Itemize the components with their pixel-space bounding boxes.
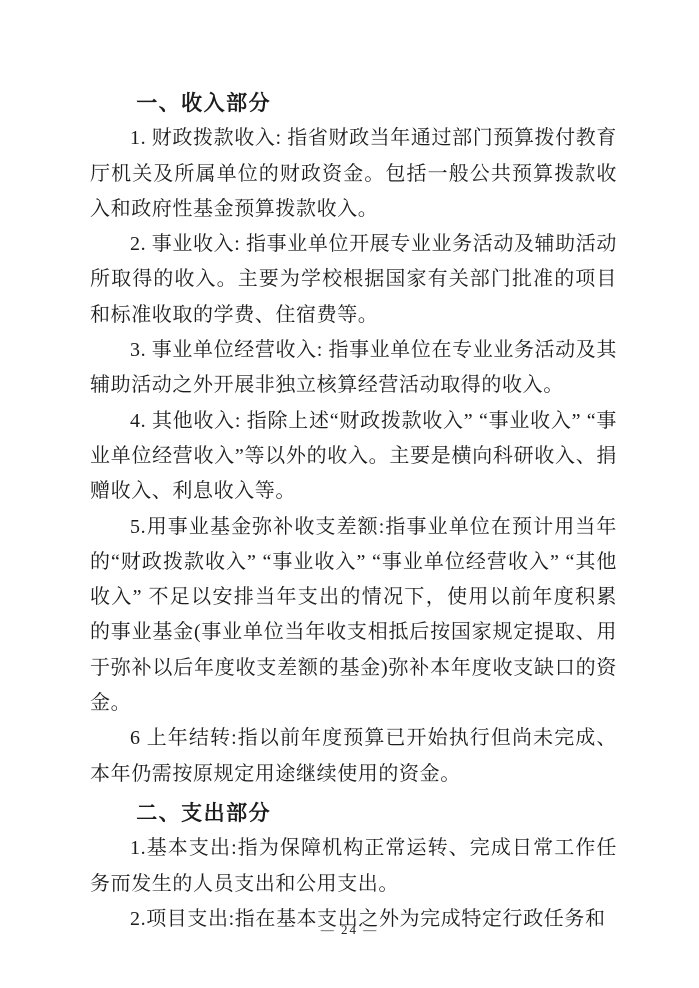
paragraph: 2. 事业收入: 指事业单位开展专业业务活动及辅助活动所取得的收入。主要为学校根… — [90, 227, 617, 333]
document-body: 一、收入部分1. 财政拨款收入: 指省财政当年通过部门预算拨付教育厅机关及所属单… — [90, 86, 617, 937]
section-heading: 一、收入部分 — [90, 86, 617, 121]
paragraph: 4. 其他收入: 指除上述“财政拨款收入” “事业收入” “事业单位经营收入”等… — [90, 404, 617, 510]
section-2: 二、支出部分1.基本支出:指为保障机构正常运转、完成日常工作任务而发生的人员支出… — [90, 796, 617, 937]
paragraph: 3. 事业单位经营收入: 指事业单位在专业业务活动及其辅助活动之外开展非独立核算… — [90, 333, 617, 404]
section-1: 一、收入部分1. 财政拨款收入: 指省财政当年通过部门预算拨付教育厅机关及所属单… — [90, 86, 617, 792]
paragraph: 1.基本支出:指为保障机构正常运转、完成日常工作任务而发生的人员支出和公用支出。 — [90, 831, 617, 902]
page-number: — 24 — — [321, 922, 379, 937]
section-heading: 二、支出部分 — [90, 796, 617, 831]
paragraph: 5.用事业基金弥补收支差额:指事业单位在预计用当年的“财政拨款收入” “事业收入… — [90, 510, 617, 722]
document-page: 一、收入部分1. 财政拨款收入: 指省财政当年通过部门预算拨付教育厅机关及所属单… — [0, 0, 699, 988]
paragraph: 6 上年结转:指以前年度预算已开始执行但尚未完成、本年仍需按原规定用途继续使用的… — [90, 721, 617, 792]
page-footer: — 24 — — [0, 921, 699, 939]
paragraph: 1. 财政拨款收入: 指省财政当年通过部门预算拨付教育厅机关及所属单位的财政资金… — [90, 121, 617, 227]
